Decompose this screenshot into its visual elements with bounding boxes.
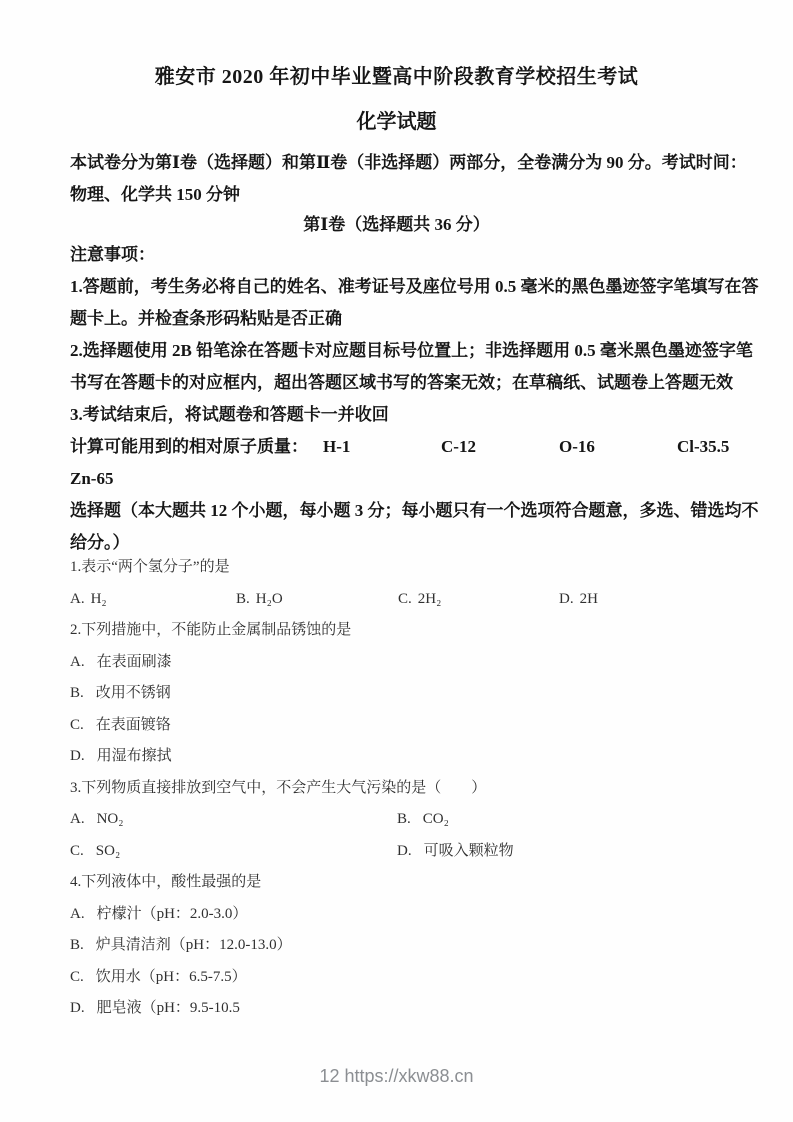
question-4-option-a: A. 柠檬汁（pH：2.0-3.0）	[70, 899, 758, 931]
option-text: 用湿布擦拭	[97, 741, 172, 773]
option-label: A.	[70, 647, 85, 679]
option-label: B.	[70, 930, 84, 962]
note-1-line-1: 1.答题前，考生务必将自己的姓名、准考证号及座位号用 0.5 毫米的黑色墨迹签字…	[70, 271, 753, 303]
intro-line-1: 本试卷分为第Ⅰ卷（选择题）和第Ⅱ卷（非选择题）两部分，全卷满分为 90 分。考试…	[70, 147, 727, 179]
option-label: B.	[70, 678, 84, 710]
option-text: 2H	[580, 584, 598, 616]
question-1-options: A. H₂ B. H₂O C. 2H₂ D. 2H	[70, 584, 758, 616]
option-label: C.	[70, 836, 84, 868]
page-footer: 12 https://xkw88.cn	[0, 1063, 793, 1089]
question-4-option-c: C. 饮用水（pH：6.5-7.5）	[70, 962, 758, 994]
note-1-line-2: 题卡上。并检查条形码粘贴是否正确	[70, 303, 753, 335]
note-2-line-2: 书写在答题卡的对应框内，超出答题区域书写的答案无效；在草稿纸、试题卷上答题无效	[70, 367, 753, 399]
question-4-option-d: D. 肥皂液（pH：9.5-10.5	[70, 993, 758, 1025]
question-1-option-d: D. 2H	[559, 584, 758, 616]
option-text: 在表面刷漆	[97, 647, 172, 679]
exam-intro: 本试卷分为第Ⅰ卷（选择题）和第Ⅱ卷（非选择题）两部分，全卷满分为 90 分。考试…	[70, 147, 727, 211]
question-4-stem: 4.下列液体中，酸性最强的是	[70, 867, 758, 899]
choice-section-line-1: 选择题（本大题共 12 个小题，每小题 3 分；每小题只有一个选项符合题意，多选…	[70, 495, 753, 527]
question-2-option-c: C. 在表面镀铬	[70, 710, 758, 742]
question-1-option-b: B. H₂O	[236, 584, 398, 616]
option-label: C.	[398, 584, 412, 616]
option-label: D.	[559, 584, 574, 616]
question-3-options-row-1: A. NO₂ B. CO₂	[70, 804, 758, 836]
option-label: D.	[70, 993, 85, 1025]
option-text: SO₂	[96, 836, 120, 868]
question-3-option-c: C. SO₂	[70, 836, 397, 868]
option-label: D.	[70, 741, 85, 773]
question-3-options-row-2: C. SO₂ D. 可吸入颗粒物	[70, 836, 758, 868]
question-3-option-d: D. 可吸入颗粒物	[397, 836, 758, 868]
question-2-option-a: A. 在表面刷漆	[70, 647, 758, 679]
question-4-option-b: B. 炉具清洁剂（pH：12.0-13.0）	[70, 930, 758, 962]
option-text: 2H₂	[418, 584, 442, 616]
option-text: CO₂	[423, 804, 449, 836]
atomic-mass-o: O-16	[559, 431, 662, 463]
question-2-option-b: B. 改用不锈钢	[70, 678, 758, 710]
questions-block: 1.表示“两个氢分子”的是 A. H₂ B. H₂O C. 2H₂ D. 2H …	[70, 552, 758, 1025]
question-3-stem: 3.下列物质直接排放到空气中，不会产生大气污染的是（ ）	[70, 773, 758, 805]
option-text: 柠檬汁（pH：2.0-3.0）	[97, 899, 248, 931]
option-text: 饮用水（pH：6.5-7.5）	[96, 962, 247, 994]
option-text: 可吸入颗粒物	[424, 836, 514, 868]
option-label: C.	[70, 962, 84, 994]
option-text: H₂O	[256, 584, 283, 616]
option-label: C.	[70, 710, 84, 742]
atomic-mass-zn: Zn-65	[70, 463, 753, 495]
option-text: 炉具清洁剂（pH：12.0-13.0）	[96, 930, 292, 962]
option-text: 改用不锈钢	[96, 678, 171, 710]
notes-block: 注意事项： 1.答题前，考生务必将自己的姓名、准考证号及座位号用 0.5 毫米的…	[70, 239, 753, 559]
option-text: NO₂	[97, 804, 124, 836]
question-2-stem: 2.下列措施中，不能防止金属制品锈蚀的是	[70, 615, 758, 647]
atomic-mass-row: 计算可能用到的相对原子质量： H-1 C-12 O-16 Cl-35.5	[70, 431, 753, 463]
exam-subtitle: 化学试题	[0, 109, 793, 135]
option-label: B.	[236, 584, 250, 616]
intro-line-2: 物理、化学共 150 分钟	[70, 179, 727, 211]
option-text: 在表面镀铬	[96, 710, 171, 742]
atomic-mass-label: 计算可能用到的相对原子质量：	[70, 431, 308, 463]
exam-page: 雅安市 2020 年初中毕业暨高中阶段教育学校招生考试 化学试题 本试卷分为第Ⅰ…	[0, 0, 793, 1122]
question-3-option-a: A. NO₂	[70, 804, 397, 836]
notes-heading: 注意事项：	[70, 239, 753, 271]
option-label: A.	[70, 804, 85, 836]
question-1-option-a: A. H₂	[70, 584, 236, 616]
note-2-line-1: 2.选择题使用 2B 铅笔涂在答题卡对应题目标号位置上；非选择题用 0.5 毫米…	[70, 335, 753, 367]
question-2-option-d: D. 用湿布擦拭	[70, 741, 758, 773]
section1-heading: 第Ⅰ卷（选择题共 36 分）	[0, 209, 793, 241]
option-label: D.	[397, 836, 412, 868]
question-1-option-c: C. 2H₂	[398, 584, 559, 616]
option-text: 肥皂液（pH：9.5-10.5	[97, 993, 240, 1025]
exam-title: 雅安市 2020 年初中毕业暨高中阶段教育学校招生考试	[0, 64, 793, 90]
option-label: A.	[70, 584, 85, 616]
atomic-mass-cl: Cl-35.5	[677, 431, 729, 463]
note-3: 3.考试结束后，将试题卷和答题卡一并收回	[70, 399, 753, 431]
option-label: B.	[397, 804, 411, 836]
atomic-mass-c: C-12	[441, 431, 544, 463]
option-text: H₂	[91, 584, 107, 616]
question-1-stem: 1.表示“两个氢分子”的是	[70, 552, 758, 584]
question-3-option-b: B. CO₂	[397, 804, 758, 836]
option-label: A.	[70, 899, 85, 931]
atomic-mass-h: H-1	[323, 431, 426, 463]
